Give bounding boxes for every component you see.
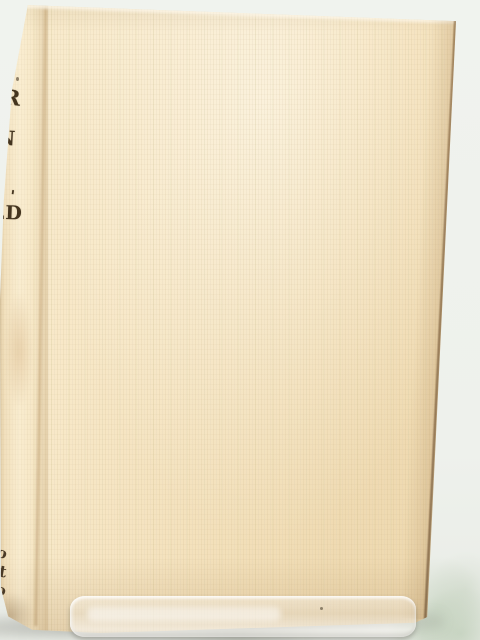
stand-highlight bbox=[87, 607, 281, 621]
spine-bottom-mark: o bbox=[0, 545, 9, 562]
spine-smudge bbox=[6, 295, 32, 405]
display-stand bbox=[70, 596, 416, 637]
photo-frame: R N ' LD o t o bbox=[0, 0, 480, 640]
spine-bottom-mark: t bbox=[0, 563, 8, 580]
spine-speck bbox=[16, 77, 19, 81]
dust-speck bbox=[320, 607, 323, 610]
book: R N ' LD o t o bbox=[0, 0, 480, 640]
